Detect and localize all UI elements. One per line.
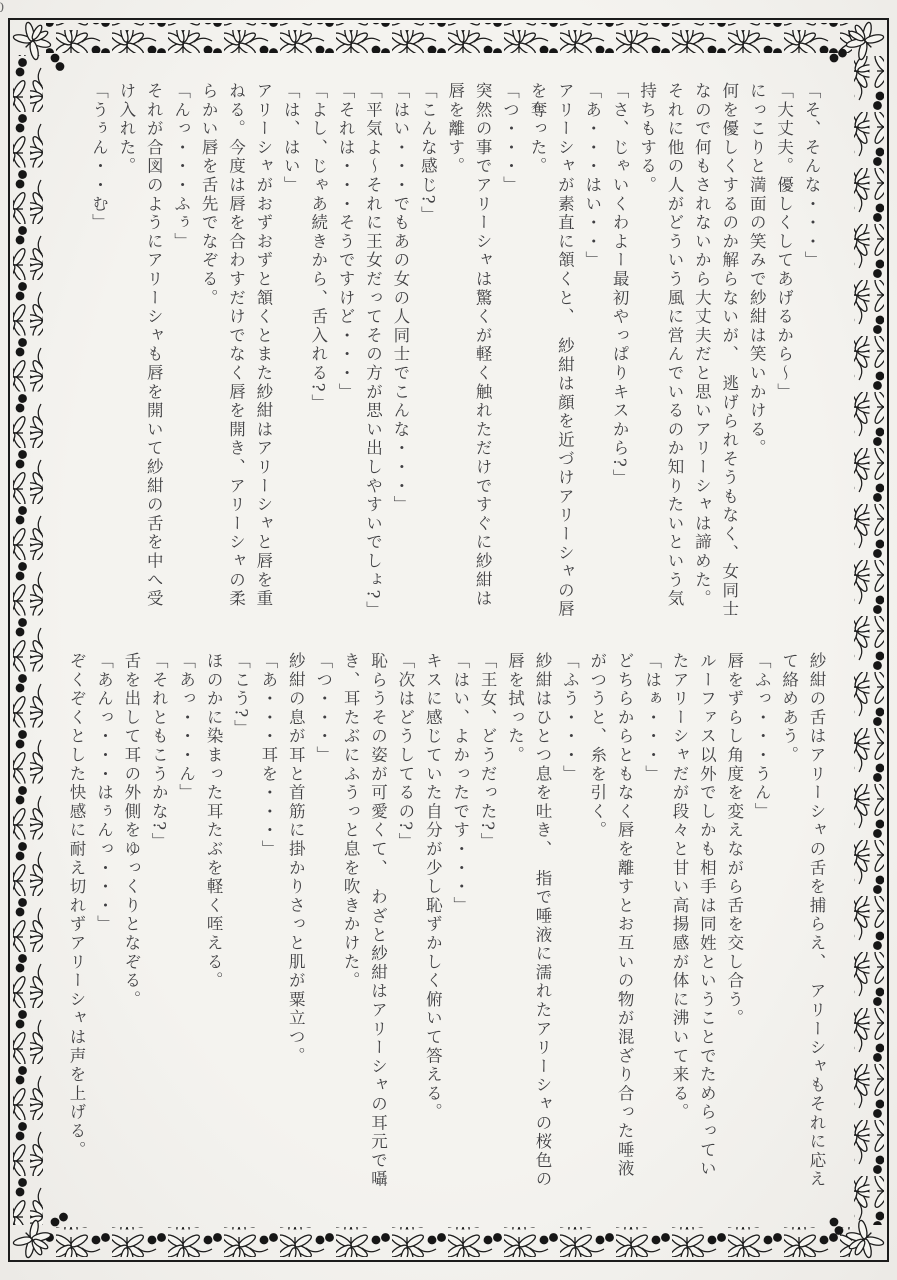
text-line: ルーファス以外でしかも相手は同姓ということでためらってい (693, 652, 720, 1197)
vine-band-bottom (46, 1227, 852, 1257)
text-line: 「つ・・・」 (496, 82, 523, 640)
text-line: 「あ・・・耳を・・・」 (254, 652, 281, 1197)
text-line: 「次はどうしてるの?」 (392, 652, 419, 1197)
text-line: き、耳たぶにふうっと息を吹きかけた。 (337, 652, 364, 1197)
text-line: なので何もされないから大丈夫だと思いアリーシャは諦めた。 (688, 82, 715, 640)
text-line: 「はい・・・でもあの女の人同士でこんな・・・」 (387, 82, 414, 640)
text-line: 「はぁ・・・」 (638, 652, 665, 1197)
text-line: にっこりと満面の笑みで紗紺は笑いかける。 (743, 82, 770, 640)
text-line: 舌を出して耳の外側をゆっくりとなぞる。 (117, 652, 144, 1197)
text-line: 「は、はい」 (277, 82, 304, 640)
text-line: らかい唇を舌先でなぞる。 (195, 82, 222, 640)
vine-band-left (13, 55, 43, 1225)
text-line: 紗紺はひとつ息を吐き、 指で唾液に濡れたアリーシャの桜色の (529, 652, 556, 1197)
text-line: 「はい、よかったです・・・」 (446, 652, 473, 1197)
text-line: を奪った。 (524, 82, 551, 640)
text-line: 「こう?」 (227, 652, 254, 1197)
text-line: 「大丈夫。優しくしてあげるから〜」 (770, 82, 797, 640)
text-line: 「つ・・・」 (309, 652, 336, 1197)
text-line: 「さ、じゃいくわよー最初やっぱりキスから?」 (606, 82, 633, 640)
text-line: 「あ・・・はい・・」 (578, 82, 605, 640)
text-line: 紗紺の舌はアリーシャの舌を捕らえ、 アリーシャもそれに応え (803, 652, 830, 1197)
text-line: 「こんな感じ?」 (414, 82, 441, 640)
text-line: ほのかに染まった耳たぶを軽く咥える。 (200, 652, 227, 1197)
text-line: がつうと、糸を引く。 (583, 652, 610, 1197)
text-line: 唇をずらし角度を変えながら舌を交し合う。 (720, 652, 747, 1197)
text-line: アリーシャが素直に頷くと、 紗紺は顔を近づけアリーシャの唇 (551, 82, 578, 640)
text-line: それが合図のようにアリーシャも唇を開いて紗紺の舌を中へ受 (140, 82, 167, 640)
text-line: 「王女、どうだった?」 (474, 652, 501, 1197)
text-line: 「それともこうかな?」 (145, 652, 172, 1197)
text-line: て絡めあう。 (775, 652, 802, 1197)
text-line: たアリーシャだが段々と甘い高揚感が体に沸いて来る。 (666, 652, 693, 1197)
story-text-block-bottom: 紗紺の舌はアリーシャの舌を捕らえ、 アリーシャもそれに応えて絡めあう。「ふっ・・… (63, 652, 830, 1197)
text-line: 突然の事でアリーシャは驚くが軽く触れただけですぐに紗紺は (469, 82, 496, 640)
vine-band-top (46, 23, 852, 53)
text-line: 「よし、じゃあ続きから、舌入れる?」 (304, 82, 331, 640)
text-line: 「ふう・・・」 (556, 652, 583, 1197)
text-line: ねる。今度は唇を合わすだけでなく唇を開き、アリーシャの柔 (222, 82, 249, 640)
text-line: 「平気よ〜それに王女だってその方が思い出しやすいでしょ?」 (359, 82, 386, 640)
text-line: キスに感じていた自分が少し恥ずかしく俯いて答える。 (419, 652, 446, 1197)
story-text-block-top: 「そ、そんな・・・」「大丈夫。優しくしてあげるから〜」にっこりと満面の笑みで紗紺… (85, 82, 825, 640)
text-line: 何を優しくするのか解らないが、 逃げられそうもなく、女同士 (715, 82, 742, 640)
text-line: 「ふっ・・・うん」 (748, 652, 775, 1197)
text-line: それに他の人がどういう風に営んでいるのか知りたいという気 (661, 82, 688, 640)
text-line: 「あんっ・・・はぅんっ・・・」 (90, 652, 117, 1197)
text-line: け入れた。 (112, 82, 139, 640)
text-line: 恥らうその姿が可愛くて、 わざと紗紺はアリーシャの耳元で囁 (364, 652, 391, 1197)
text-line: アリーシャがおずおずと頷くとまた紗紺はアリーシャと唇を重 (249, 82, 276, 640)
text-line: 唇を離す。 (441, 82, 468, 640)
text-line: 「そ、そんな・・・」 (798, 82, 825, 640)
text-line: 「それは・・・そうですけど・・・」 (332, 82, 359, 640)
text-line: 「うぅん・・む」 (85, 82, 112, 640)
text-line: ぞくぞくとした快感に耐え切れずアリーシャは声を上げる。 (63, 652, 90, 1197)
text-line: 持ちもする。 (633, 82, 660, 640)
text-line: どちらからともなく唇を離すとお互いの物が混ざり合った唾液 (611, 652, 638, 1197)
text-line: 「あっ・・・ん」 (172, 652, 199, 1197)
text-line: 唇を拭った。 (501, 652, 528, 1197)
text-line: 「んっ・・・ふぅ」 (167, 82, 194, 640)
vine-band-right (854, 55, 884, 1225)
text-line: 紗紺の息が耳と首筋に掛かりさっと肌が粟立つ。 (282, 652, 309, 1197)
